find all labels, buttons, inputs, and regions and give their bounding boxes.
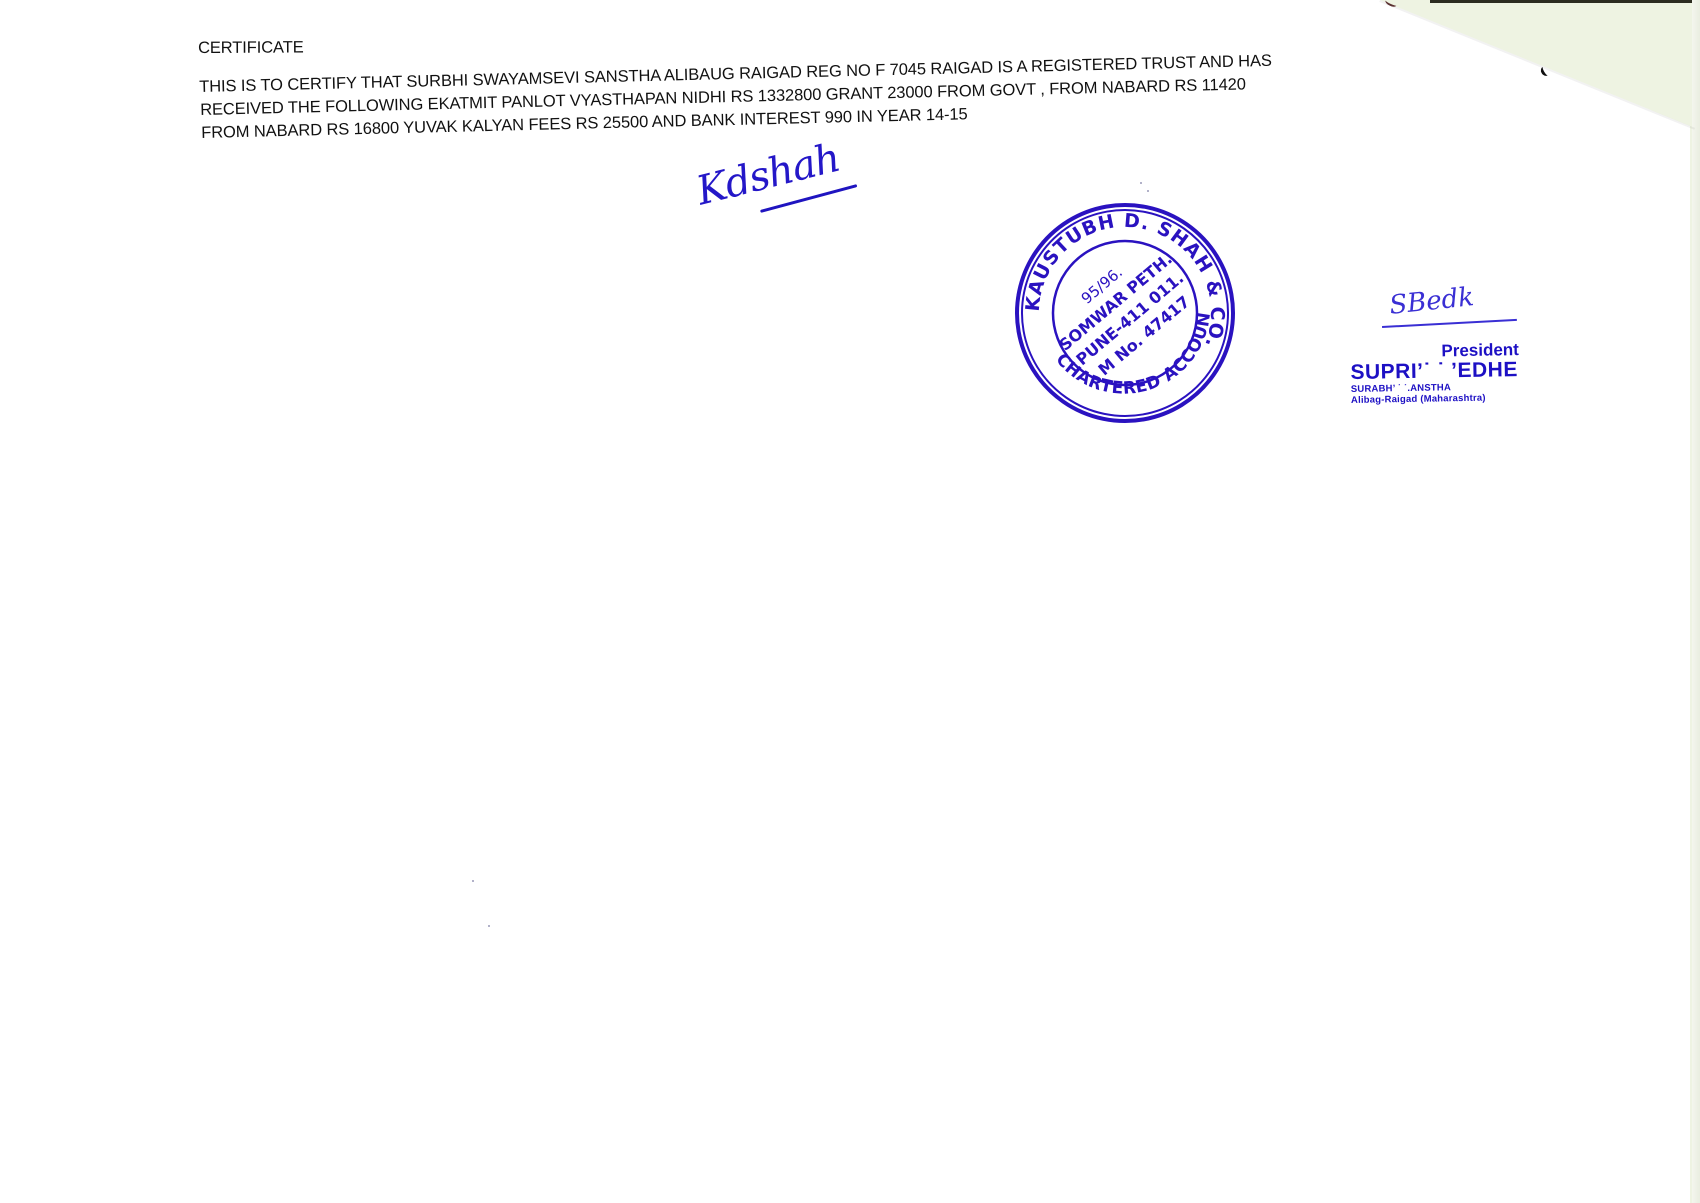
scan-speck: [488, 925, 490, 927]
scan-speck: [1140, 182, 1142, 184]
stamp-graphic: KAUSTUBH D. SHAH & CO. CHARTERED ACCOUNT…: [994, 182, 1256, 444]
chartered-accountant-stamp: KAUSTUBH D. SHAH & CO. CHARTERED ACCOUNT…: [994, 182, 1256, 444]
president-rubber-stamp: President SUPRI’˙ ˙ ’EDHE SURABH’ ˙ ˙.AN…: [1350, 339, 1581, 406]
scanner-right-edge: [1692, 0, 1700, 1203]
certificate-title: CERTIFICATE: [198, 38, 304, 58]
scan-speck: [472, 880, 474, 882]
scanner-bed-edge: [1430, 0, 1700, 3]
scan-speck: [1147, 190, 1149, 192]
scanned-page: [0, 0, 1700, 1203]
